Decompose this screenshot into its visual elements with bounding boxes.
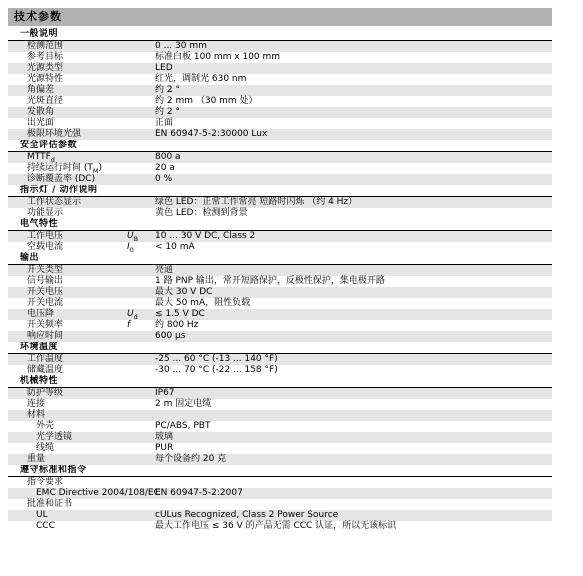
spec-row: 开关电流最大 50 mA，阻性负载 <box>8 298 552 309</box>
spec-value: IP67 <box>155 388 175 399</box>
spec-row: 响应时间600 µs <box>8 331 552 342</box>
spec-label: 工作温度 <box>27 354 63 365</box>
spec-row: MTTFd800 a <box>8 152 552 163</box>
spec-symbol: Ud <box>127 309 138 320</box>
spec-row: 发散角约 2 ° <box>8 107 552 118</box>
spec-label: 检测范围 <box>27 41 63 52</box>
spec-symbol: I0 <box>127 242 134 253</box>
spec-value: 0 % <box>155 174 172 185</box>
spec-row: 防护等级IP67 <box>8 388 552 399</box>
section-header: 环境温度 <box>8 342 552 354</box>
spec-value: 标准白板 100 mm x 100 mm <box>155 52 280 63</box>
spec-row: EMC Directive 2004/108/ECEN 60947-5-2:20… <box>8 488 552 499</box>
spec-label: 开关频率 <box>27 320 63 331</box>
spec-label: 批准和证书 <box>27 499 72 510</box>
spec-value: 20 a <box>155 163 175 174</box>
spec-label: MTTFd <box>27 152 55 163</box>
page-title: 技术参数 <box>14 10 62 23</box>
spec-value: 0 ... 30 mm <box>155 41 207 52</box>
spec-label: 光学透镜 <box>36 432 72 443</box>
spec-label: 响应时间 <box>27 331 63 342</box>
spec-label: 外壳 <box>36 421 54 432</box>
spec-value: 玻璃 <box>155 432 173 443</box>
spec-value: PUR <box>155 443 173 454</box>
spec-row: 出光面正面 <box>8 118 552 129</box>
spec-label: 光源类型 <box>27 63 63 74</box>
spec-row: 持续运行时间 (TM)20 a <box>8 163 552 174</box>
spec-value: 正面 <box>155 118 173 129</box>
spec-label: 工作电压 <box>27 231 63 242</box>
spec-value: -30 ... 70 °C (-22 ... 158 °F) <box>155 365 278 376</box>
spec-value: ≤ 1.5 V DC <box>155 309 205 320</box>
spec-row: 线缆PUR <box>8 443 552 454</box>
spec-label: 重量 <box>27 454 45 465</box>
spec-row: 工作电压UB10 ... 30 V DC, Class 2 <box>8 231 552 242</box>
section-header: 输出 <box>8 253 552 265</box>
spec-row: CCC最大工作电压 ≤ 36 V 的产品无需 CCC 认证，所以无该标识 <box>8 521 552 532</box>
spec-row: 角偏差约 2 ° <box>8 85 552 96</box>
spec-value: PC/ABS, PBT <box>155 421 210 432</box>
spec-value: EN 60947-5-2:2007 <box>155 488 243 499</box>
spec-row: 工作温度-25 ... 60 °C (-13 ... 140 °F) <box>8 354 552 365</box>
spec-value: 约 2 ° <box>155 85 180 96</box>
section-header: 一般说明 <box>8 29 552 41</box>
spec-row: 批准和证书 <box>8 499 552 510</box>
spec-row: 功能显示黄色 LED：检测到背景 <box>8 208 552 219</box>
spec-title-bar: 技术参数 <box>8 8 552 26</box>
spec-row: 连接2 m 固定电缆 <box>8 399 552 410</box>
spec-row: 指令要求 <box>8 477 552 488</box>
spec-value: 黄色 LED：检测到背景 <box>155 208 248 219</box>
spec-value: LED <box>155 63 173 74</box>
spec-value: cULus Recognized, Class 2 Power Source <box>155 510 338 521</box>
spec-label: 信号输出 <box>27 276 63 287</box>
spec-value: 亮通 <box>155 265 173 276</box>
spec-label: 出光面 <box>27 118 54 129</box>
spec-value: 1 路 PNP 输出，常开短路保护，反极性保护，集电极开路 <box>155 276 385 287</box>
spec-label: CCC <box>36 521 55 532</box>
spec-row: 开关电压最大 30 V DC <box>8 287 552 298</box>
spec-value: 2 m 固定电缆 <box>155 399 211 410</box>
spec-label: 储藏温度 <box>27 365 63 376</box>
spec-row: 外壳PC/ABS, PBT <box>8 421 552 432</box>
section-header: 遵守标准和指令 <box>8 465 552 477</box>
section-header: 机械特性 <box>8 376 552 388</box>
spec-symbol: f <box>127 320 130 331</box>
spec-label: 开关电流 <box>27 298 63 309</box>
spec-value: EN 60947-5-2:30000 Lux <box>155 129 267 140</box>
spec-label: EMC Directive 2004/108/EC <box>36 488 160 499</box>
spec-symbol: UB <box>127 231 138 242</box>
spec-row: 光学透镜玻璃 <box>8 432 552 443</box>
spec-label: 空载电流 <box>27 242 63 253</box>
section-header: 指示灯 / 动作说明 <box>8 185 552 197</box>
spec-value: 800 a <box>155 152 181 163</box>
section-header: 安全评估参数 <box>8 140 552 152</box>
spec-value: 10 ... 30 V DC, Class 2 <box>155 231 255 242</box>
spec-value: 约 2 ° <box>155 107 180 118</box>
spec-label: 防护等级 <box>27 388 63 399</box>
spec-label: 线缆 <box>36 443 54 454</box>
spec-label: UL <box>36 510 48 521</box>
spec-label: 光斑直径 <box>27 96 63 107</box>
spec-label: 电压降 <box>27 309 54 320</box>
section-header: 电气特性 <box>8 219 552 231</box>
spec-label: 开关类型 <box>27 265 63 276</box>
spec-value: 红光，调制光 630 nm <box>155 74 246 85</box>
spec-label: 诊断覆盖率 (DC) <box>27 174 95 185</box>
spec-label: 极限环境光强 <box>27 129 81 140</box>
spec-label: 连接 <box>27 399 45 410</box>
spec-table: 一般说明检测范围0 ... 30 mm参考目标标准白板 100 mm x 100… <box>8 29 552 532</box>
spec-row: 光斑直径约 2 mm （30 mm 处） <box>8 96 552 107</box>
spec-row: 电压降Ud≤ 1.5 V DC <box>8 309 552 320</box>
spec-label: 光源特性 <box>27 74 63 85</box>
spec-label: 材料 <box>27 410 45 421</box>
spec-row: 材料 <box>8 410 552 421</box>
spec-row: 重量每个设备约 20 克 <box>8 454 552 465</box>
spec-row: 光源类型LED <box>8 63 552 74</box>
spec-row: 极限环境光强EN 60947-5-2:30000 Lux <box>8 129 552 140</box>
spec-row: 检测范围0 ... 30 mm <box>8 41 552 52</box>
spec-value: -25 ... 60 °C (-13 ... 140 °F) <box>155 354 278 365</box>
spec-label: 开关电压 <box>27 287 63 298</box>
spec-value: 绿色 LED：正常工作常亮 短路时闪烁 （约 4 Hz） <box>155 197 357 208</box>
spec-row: 光源特性红光，调制光 630 nm <box>8 74 552 85</box>
spec-value: 最大 30 V DC <box>155 287 212 298</box>
spec-value: 约 800 Hz <box>155 320 198 331</box>
spec-label: 发散角 <box>27 107 54 118</box>
spec-label: 功能显示 <box>27 208 63 219</box>
spec-value: 约 2 mm （30 mm 处） <box>155 96 258 107</box>
spec-row: 诊断覆盖率 (DC)0 % <box>8 174 552 185</box>
spec-value: 600 µs <box>155 331 185 342</box>
spec-row: 开关频率f约 800 Hz <box>8 320 552 331</box>
spec-label: 持续运行时间 (TM) <box>27 163 102 174</box>
spec-value: < 10 mA <box>155 242 195 253</box>
spec-row: 工作状态显示绿色 LED：正常工作常亮 短路时闪烁 （约 4 Hz） <box>8 197 552 208</box>
spec-label: 指令要求 <box>27 477 63 488</box>
spec-label: 工作状态显示 <box>27 197 81 208</box>
spec-row: 储藏温度-30 ... 70 °C (-22 ... 158 °F) <box>8 365 552 376</box>
spec-row: 空载电流I0< 10 mA <box>8 242 552 253</box>
spec-row: ULcULus Recognized, Class 2 Power Source <box>8 510 552 521</box>
spec-label: 角偏差 <box>27 85 54 96</box>
spec-value: 每个设备约 20 克 <box>155 454 226 465</box>
spec-row: 参考目标标准白板 100 mm x 100 mm <box>8 52 552 63</box>
spec-row: 开关类型亮通 <box>8 265 552 276</box>
spec-row: 信号输出1 路 PNP 输出，常开短路保护，反极性保护，集电极开路 <box>8 276 552 287</box>
datasheet-page: 技术参数 一般说明检测范围0 ... 30 mm参考目标标准白板 100 mm … <box>8 8 552 532</box>
spec-value: 最大 50 mA，阻性负载 <box>155 298 250 309</box>
spec-value: 最大工作电压 ≤ 36 V 的产品无需 CCC 认证，所以无该标识 <box>155 521 396 532</box>
spec-label: 参考目标 <box>27 52 63 63</box>
